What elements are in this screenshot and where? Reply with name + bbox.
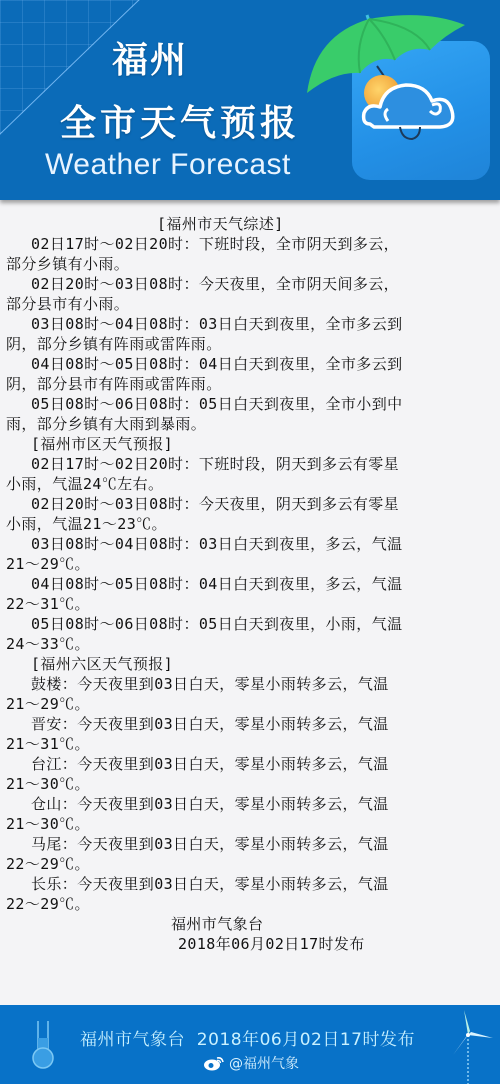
footer-issue-text: 福州市气象台 2018年06月02日17时发布: [80, 1025, 415, 1050]
forecast-content: [福州市天气综述] 02日17时～02日20时：下班时段，全市阴天到多云， 部分…: [0, 214, 500, 954]
header-banner: 福州 全市天气预报 Weather Forecast: [0, 0, 500, 200]
text-line: 部分乡镇有小雨。: [0, 254, 500, 274]
district-cangshan: 仓山：今天夜里到03日白天，零星小雨转多云，气温: [0, 794, 500, 814]
text-line: 04日08时～05日08时：04日白天到夜里，全市多云到: [0, 354, 500, 374]
text-line: 04日08时～05日08时：04日白天到夜里，多云，气温: [0, 574, 500, 594]
text-line: 05日08时～06日08时：05日白天到夜里，小雨，气温: [0, 614, 500, 634]
district-changle: 长乐：今天夜里到03日白天，零星小雨转多云，气温: [0, 874, 500, 894]
text-line: 21～29℃。: [0, 694, 500, 714]
text-line: 22～29℃。: [0, 894, 500, 914]
section-title-urban-forecast: [福州市区天气预报]: [0, 434, 500, 454]
text-line: 21～31℃。: [0, 734, 500, 754]
text-line: 05日08时～06日08时：05日白天到夜里，全市小到中: [0, 394, 500, 414]
text-line: 雨，部分乡镇有大雨到暴雨。: [0, 414, 500, 434]
banner-title-city: 福州: [112, 32, 188, 83]
issued-timestamp: 2018年06月02日17时发布: [0, 934, 500, 954]
weibo-icon: [203, 1055, 225, 1071]
text-line: 03日08时～04日08时：03日白天到夜里，多云，气温: [0, 534, 500, 554]
wind-turbine-icon: [445, 1005, 500, 1084]
text-line: 阴，部分乡镇有阵雨或雷阵雨。: [0, 334, 500, 354]
text-line: 02日17时～02日20时：下班时段，全市阴天到多云，: [0, 234, 500, 254]
weibo-handle-text: @福州气象: [229, 1053, 299, 1073]
thermometer-icon: [28, 1020, 58, 1070]
district-gulou: 鼓楼：今天夜里到03日白天，零星小雨转多云，气温: [0, 674, 500, 694]
text-line: 21～29℃。: [0, 554, 500, 574]
banner-title-english: Weather Forecast: [45, 148, 291, 182]
text-line: 21～30℃。: [0, 814, 500, 834]
text-line: 22～29℃。: [0, 854, 500, 874]
text-line: 02日20时～03日08时：今天夜里，全市阴天间多云，: [0, 274, 500, 294]
text-line: 部分县市有小雨。: [0, 294, 500, 314]
signature-org: 福州市气象台: [0, 914, 500, 934]
text-line: 阴，部分县市有阵雨或雷阵雨。: [0, 374, 500, 394]
district-jinan: 晋安：今天夜里到03日白天，零星小雨转多云，气温: [0, 714, 500, 734]
umbrella-icon: [305, 5, 475, 105]
text-line: 21～30℃。: [0, 774, 500, 794]
text-line: 小雨，气温24℃左右。: [0, 474, 500, 494]
text-line: 02日20时～03日08时：今天夜里，阴天到多云有零星: [0, 494, 500, 514]
text-line: 24～33℃。: [0, 634, 500, 654]
district-taijiang: 台江：今天夜里到03日白天，零星小雨转多云，气温: [0, 754, 500, 774]
banner-title-forecast: 全市天气预报: [60, 95, 300, 146]
weibo-handle[interactable]: @福州气象: [203, 1053, 299, 1073]
section-title-city-summary: [福州市天气综述]: [0, 214, 500, 234]
text-line: 小雨，气温21～23℃。: [0, 514, 500, 534]
text-line: 22～31℃。: [0, 594, 500, 614]
district-mawei: 马尾：今天夜里到03日白天，零星小雨转多云，气温: [0, 834, 500, 854]
text-line: 03日08时～04日08时：03日白天到夜里，全市多云到: [0, 314, 500, 334]
section-title-six-districts: [福州六区天气预报]: [0, 654, 500, 674]
text-line: 02日17时～02日20时：下班时段，阴天到多云有零星: [0, 454, 500, 474]
footer-bar: 福州市气象台 2018年06月02日17时发布 @福州气象: [0, 1005, 500, 1084]
